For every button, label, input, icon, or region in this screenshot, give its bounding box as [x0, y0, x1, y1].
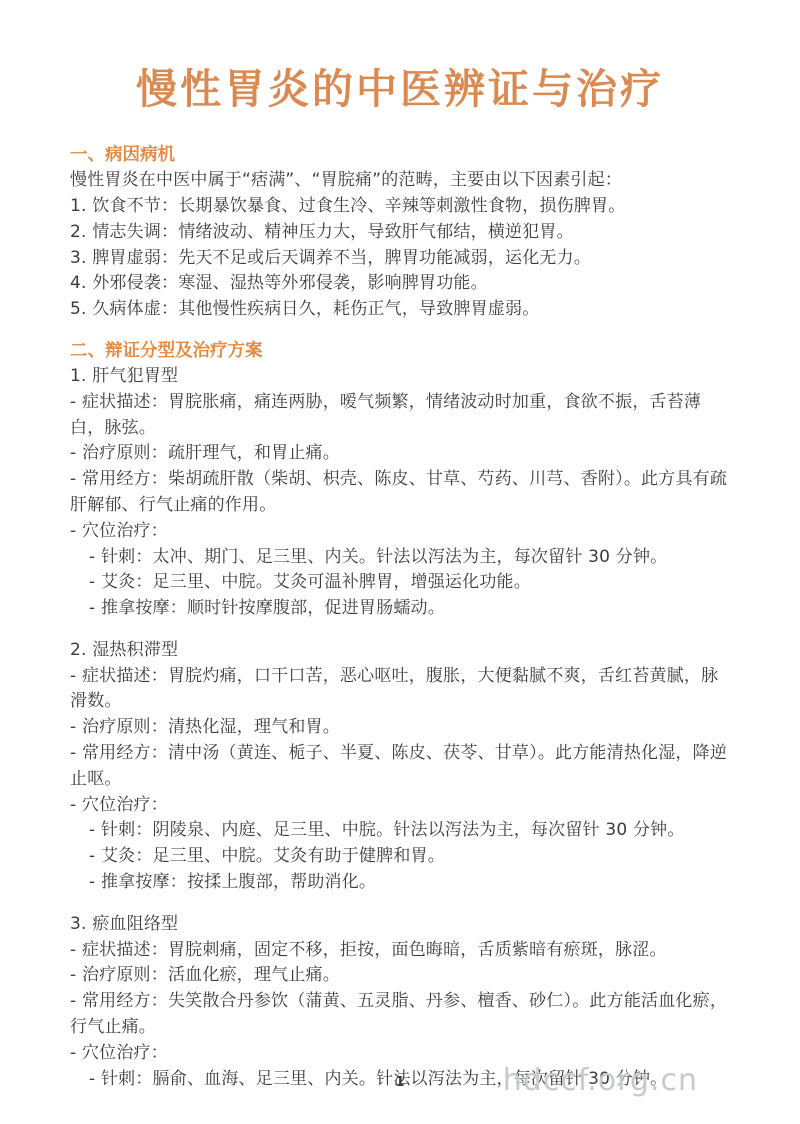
pattern-block-damp-heat: 2. 湿热积滞型 - 症状描述：胃脘灼痛，口干口苦，恶心呕吐，腹胀，大便黏腻不爽…	[70, 638, 734, 896]
pattern-block-liver-qi: 1. 肝气犯胃型 - 症状描述：胃脘胀痛，痛连两胁，嗳气频繁，情绪波动时加重，食…	[70, 364, 734, 622]
pattern-2-principle: - 治疗原则：清热化湿，理气和胃。	[70, 715, 734, 741]
pattern-1-acupoint-heading: - 穴位治疗：	[70, 519, 734, 545]
etiology-item-1: 1. 饮食不节：长期暴饮暴食、过食生冷、辛辣等刺激性食物，损伤脾胃。	[70, 194, 734, 220]
pattern-2-symptoms: - 症状描述：胃脘灼痛，口干口苦，恶心呕吐，腹胀，大便黏腻不爽，舌红苔黄腻，脉滑…	[70, 664, 734, 716]
pattern-1-principle: - 治疗原则：疏肝理气，和胃止痛。	[70, 441, 734, 467]
document-body: 一、病因病机 慢性胃炎在中医中属于“痞满”、“胃脘痛”的范畴，主要由以下因素引起…	[0, 142, 800, 1092]
section-etiology-heading: 一、病因病机	[70, 142, 734, 168]
etiology-item-3: 3. 脾胃虚弱：先天不足或后天调养不当，脾胃功能减弱，运化无力。	[70, 246, 734, 272]
pattern-1-symptoms: - 症状描述：胃脘胀痛，痛连两胁，嗳气频繁，情绪波动时加重，食欲不振，舌苔薄白，…	[70, 390, 734, 442]
pattern-2-moxibustion: - 艾灸：足三里、中脘。艾灸有助于健脾和胃。	[70, 844, 734, 870]
pattern-1-moxibustion: - 艾灸：足三里、中脘。艾灸可温补脾胃，增强运化功能。	[70, 570, 734, 596]
pattern-3-principle: - 治疗原则：活血化瘀，理气止痛。	[70, 963, 734, 989]
section-etiology: 一、病因病机 慢性胃炎在中医中属于“痞满”、“胃脘痛”的范畴，主要由以下因素引起…	[70, 142, 734, 323]
pattern-2-massage: - 推拿按摩：按揉上腹部，帮助消化。	[70, 870, 734, 896]
watermark-text: hdccf.org.cn	[503, 1063, 698, 1098]
pattern-3-name: 3. 瘀血阻络型	[70, 912, 734, 938]
etiology-item-5: 5. 久病体虚：其他慢性疾病日久，耗伤正气，导致脾胃虚弱。	[70, 297, 734, 323]
pattern-3-symptoms: - 症状描述：胃脘刺痛，固定不移，拒按，面色晦暗，舌质紫暗有瘀斑，脉涩。	[70, 938, 734, 964]
section-patterns: 二、辩证分型及治疗方案 1. 肝气犯胃型 - 症状描述：胃脘胀痛，痛连两胁，嗳气…	[70, 338, 734, 1093]
pattern-3-formula: - 常用经方：失笑散合丹参饮（蒲黄、五灵脂、丹参、檀香、砂仁）。此方能活血化瘀，…	[70, 989, 734, 1041]
section-patterns-heading: 二、辩证分型及治疗方案	[70, 338, 734, 364]
document-page: 慢性胃炎的中医辨证与治疗 一、病因病机 慢性胃炎在中医中属于“痞满”、“胃脘痛”…	[0, 0, 800, 1124]
etiology-intro: 慢性胃炎在中医中属于“痞满”、“胃脘痛”的范畴，主要由以下因素引起：	[70, 168, 734, 194]
pattern-1-needling: - 针刺：太冲、期门、足三里、内关。针法以泻法为主，每次留针 30 分钟。	[70, 545, 734, 571]
pattern-1-name: 1. 肝气犯胃型	[70, 364, 734, 390]
pattern-2-formula: - 常用经方：清中汤（黄连、栀子、半夏、陈皮、茯苓、甘草）。此方能清热化湿，降逆…	[70, 741, 734, 793]
pattern-1-massage: - 推拿按摩：顺时针按摩腹部，促进胃肠蠕动。	[70, 596, 734, 622]
pattern-2-name: 2. 湿热积滞型	[70, 638, 734, 664]
pattern-2-needling: - 针刺：阴陵泉、内庭、足三里、中脘。针法以泻法为主，每次留针 30 分钟。	[70, 818, 734, 844]
pattern-2-acupoint-heading: - 穴位治疗：	[70, 793, 734, 819]
etiology-item-4: 4. 外邪侵袭：寒湿、湿热等外邪侵袭，影响脾胃功能。	[70, 271, 734, 297]
document-title: 慢性胃炎的中医辨证与治疗	[0, 66, 800, 113]
etiology-item-2: 2. 情志失调：情绪波动、精神压力大，导致肝气郁结，横逆犯胃。	[70, 220, 734, 246]
pattern-1-formula: - 常用经方：柴胡疏肝散（柴胡、枳壳、陈皮、甘草、芍药、川芎、香附）。此方具有疏…	[70, 467, 734, 519]
